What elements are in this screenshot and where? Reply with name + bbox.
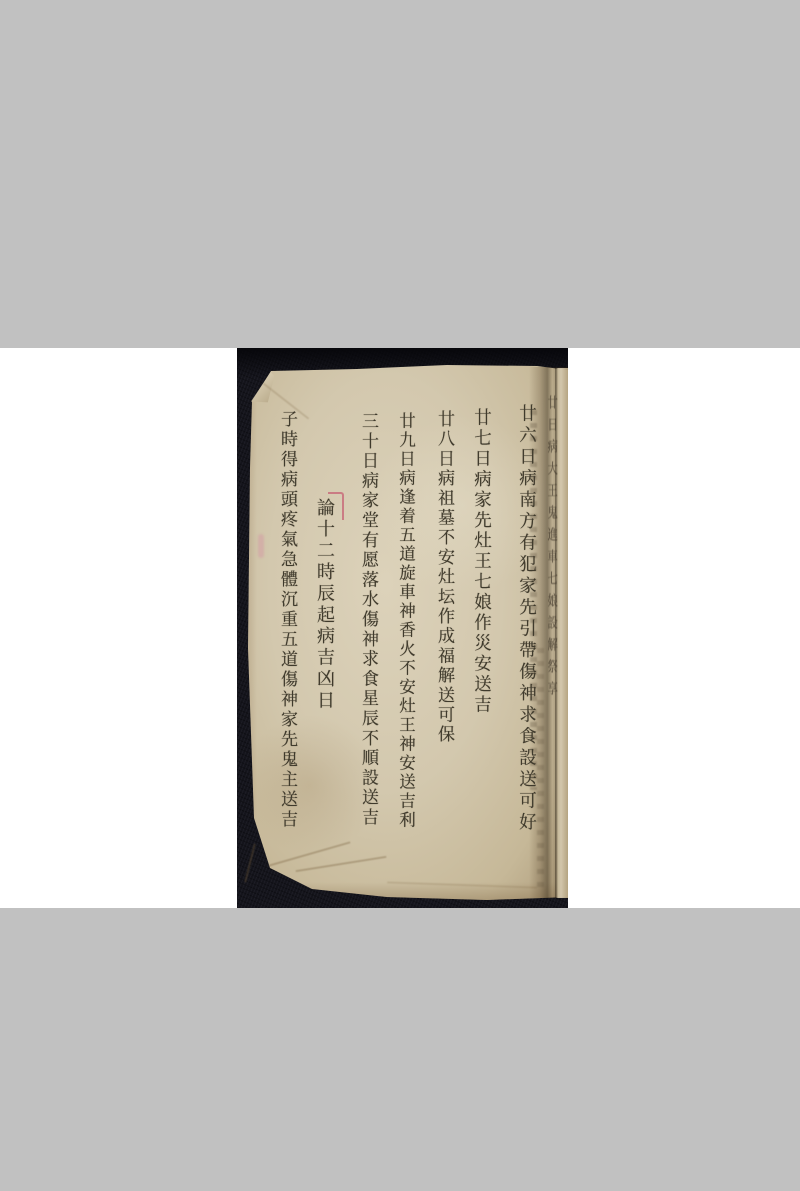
text-column-fold-edge: 廿日病大王鬼進車七娘設解祭享 (547, 395, 557, 703)
manuscript-photo: 廿日病大王鬼進車七娘設解祭享 廿六日病南方有犯家先引帶傷神求食設送可好 廿七日病… (237, 348, 568, 908)
text-column-day-29: 廿九日病逢着五道旋車神香火不安灶王神安送吉利 (397, 412, 414, 830)
text-column-day-30: 三十日病家堂有愿落水傷神求食星辰不順設送吉 (359, 412, 376, 828)
pink-smudge-mark (258, 534, 264, 558)
right-margin-panel (568, 348, 800, 908)
text-column-section-title: 論十二時辰起病吉凶日 (315, 498, 333, 712)
text-column-day-28: 廿八日病祖墓不安灶坛作成福解送可保 (435, 410, 452, 745)
fold-annotation-marks (537, 648, 544, 888)
red-bracket-mark (328, 492, 344, 520)
text-column-day-26: 廿六日病南方有犯家先引帶傷神求食設送可好 (517, 404, 535, 834)
scan-viewer: 廿日病大王鬼進車七娘設解祭享 廿六日病南方有犯家先引帶傷神求食設送可好 廿七日病… (0, 0, 800, 1191)
text-column-zi-hour: 子時得病頭疼氣急體沉重五道傷神家先鬼主送吉 (278, 410, 295, 830)
text-column-day-27: 廿七日病家先灶王七娘作災安送吉 (472, 408, 490, 716)
left-margin-panel (0, 348, 237, 908)
